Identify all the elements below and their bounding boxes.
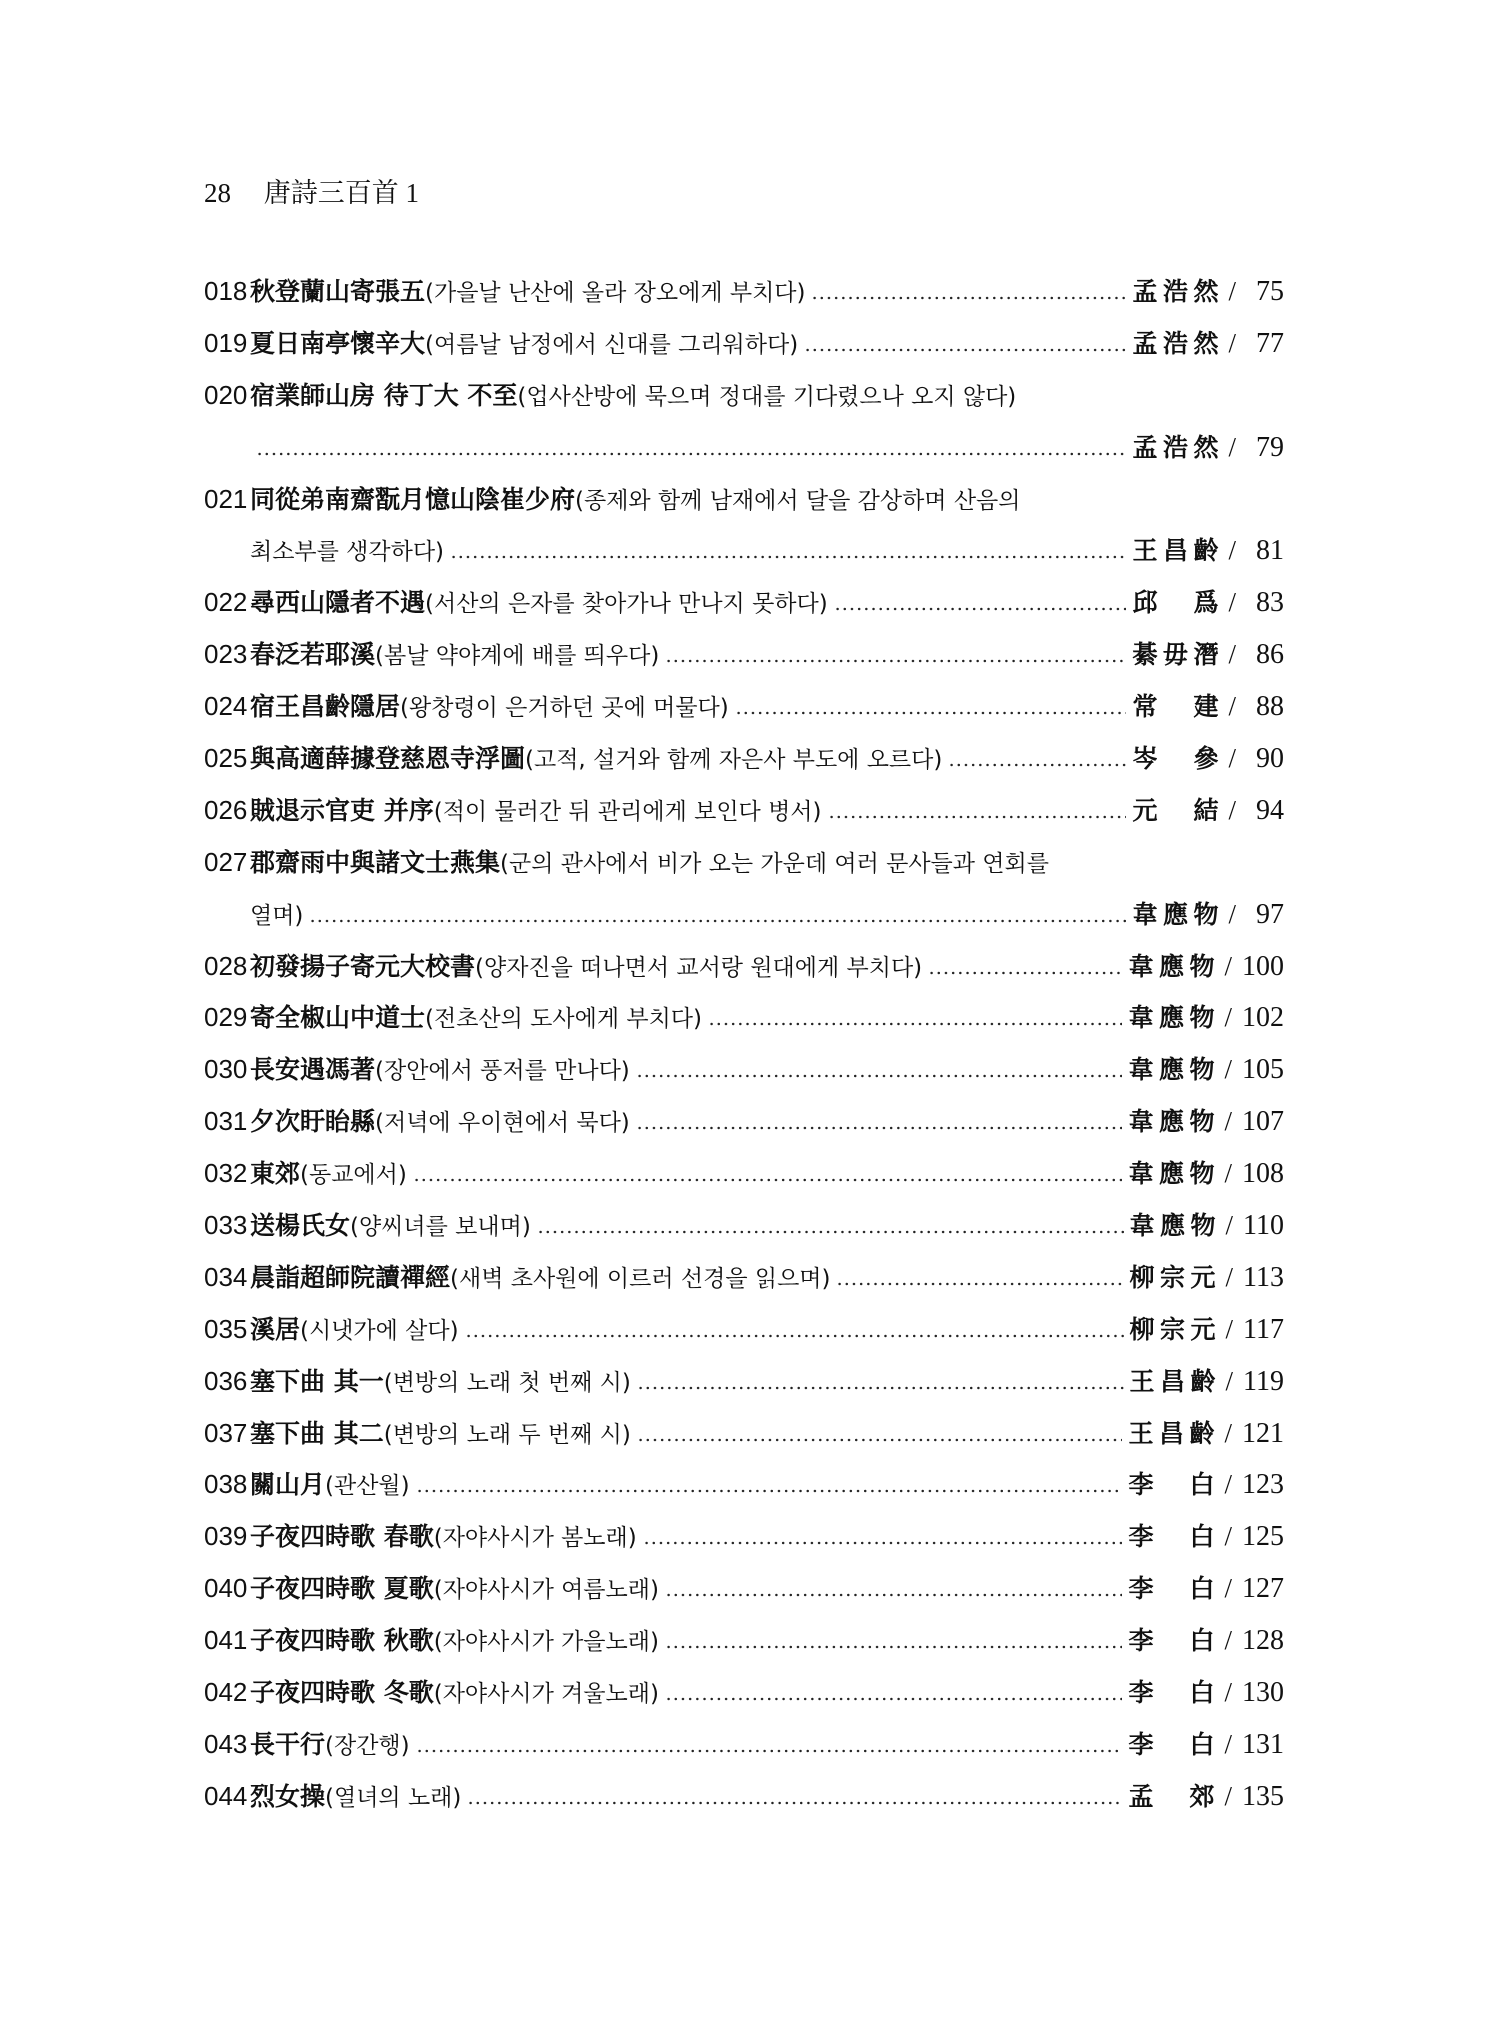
page-ref: 86 [1246, 632, 1284, 678]
poem-title: 子夜四時歌 冬歌(자야사시가 겨울노래) [250, 1670, 659, 1717]
toc-line: 031夕次盱眙縣(저녁에 우이현에서 묵다)韋應物/107 [204, 1098, 1284, 1150]
page-ref: 81 [1246, 528, 1284, 574]
title-continuation: 열며) [250, 892, 303, 939]
poem-title: 夏日南亭懷辛大(여름날 남정에서 신대를 그리워하다) [250, 321, 798, 368]
toc-line: 043長干行(장간행)李 白/131 [204, 1721, 1284, 1773]
page-ref: 125 [1242, 1514, 1284, 1560]
poem-title: 塞下曲 其二(변방의 노래 두 번째 시) [250, 1411, 631, 1458]
title-hanja: 宿王昌齡隱居 [250, 692, 400, 721]
entry-number: 018 [204, 268, 250, 314]
entry-number: 023 [204, 631, 250, 677]
poet-name: 韋應物 [1128, 1047, 1214, 1093]
separator: / [1228, 683, 1236, 729]
toc-entry[interactable]: 042子夜四時歌 冬歌(자야사시가 겨울노래)李 白/130 [204, 1669, 1284, 1721]
toc-line: 030長安遇馮著(장안에서 풍저를 만나다)韋應物/105 [204, 1046, 1284, 1098]
dot-leader [413, 1175, 1123, 1185]
poem-title: 春泛若耶溪(봄날 약야계에 배를 띄우다) [250, 632, 659, 679]
dot-leader [636, 1071, 1123, 1081]
toc-entry[interactable]: 031夕次盱眙縣(저녁에 우이현에서 묵다)韋應物/107 [204, 1098, 1284, 1150]
toc-entry[interactable]: 039子夜四時歌 春歌(자야사시가 봄노래)李 白/125 [204, 1513, 1284, 1565]
page-ref: 127 [1242, 1566, 1284, 1612]
poem-title: 溪居(시냇가에 살다) [250, 1307, 459, 1354]
poet-name: 元 結 [1132, 788, 1218, 834]
dot-leader [465, 1331, 1124, 1341]
title-hanja: 宿業師山房 待丁大 不至 [250, 381, 517, 410]
title-hangul: (변방의 노래 첫 번째 시) [384, 1370, 631, 1396]
toc-entry[interactable]: 029寄全椒山中道士(전초산의 도사에게 부치다)韋應物/102 [204, 994, 1284, 1046]
toc-entry[interactable]: 020宿業師山房 待丁大 不至(업사산방에 묵으며 정대를 기다렸으나 오지 않… [204, 372, 1284, 476]
dot-leader [811, 293, 1126, 303]
poet-name: 李 白 [1128, 1566, 1214, 1612]
entry-number: 026 [204, 787, 250, 833]
title-hangul: (적이 물러간 뒤 관리에게 보인다 병서) [434, 799, 822, 825]
poem-title: 初發揚子寄元大校書(양자진을 떠나면서 교서랑 원대에게 부치다) [250, 944, 922, 991]
toc-line: 040子夜四時歌 夏歌(자야사시가 여름노래)李 白/127 [204, 1565, 1284, 1617]
entry-number: 039 [204, 1513, 250, 1559]
separator: / [1226, 1202, 1234, 1248]
toc-line: 021同從弟南齋翫月憶山陰崔少府(종제와 함께 남재에서 달을 감상하며 산음의 [204, 476, 1284, 528]
poem-title: 烈女操(열녀의 노래) [250, 1774, 461, 1821]
title-hangul-cont: 열며) [250, 903, 303, 929]
title-hangul: (장간행) [325, 1733, 410, 1759]
poet-name: 王昌齡 [1132, 528, 1218, 574]
separator: / [1228, 891, 1236, 937]
entry-number: 028 [204, 943, 250, 989]
title-hanja: 尋西山隱者不遇 [250, 588, 425, 617]
page-ref: 88 [1246, 684, 1284, 730]
poet-name: 韋應物 [1132, 892, 1218, 938]
page-ref: 131 [1242, 1722, 1284, 1768]
poet-name: 柳宗元 [1130, 1307, 1216, 1353]
separator: / [1224, 1669, 1232, 1715]
entry-number: 037 [204, 1410, 250, 1456]
toc-line: 022尋西山隱者不遇(서산의 은자를 찾아가나 만나지 못하다)邱 爲/83 [204, 579, 1284, 631]
entry-number: 029 [204, 994, 250, 1040]
toc-line: 孟浩然/79 [204, 424, 1284, 476]
toc-entry[interactable]: 022尋西山隱者不遇(서산의 은자를 찾아가나 만나지 못하다)邱 爲/83 [204, 579, 1284, 631]
poem-title: 秋登蘭山寄張五(가을날 난산에 올라 장오에게 부치다) [250, 269, 805, 316]
toc-entry[interactable]: 044烈女操(열녀의 노래)孟 郊/135 [204, 1773, 1284, 1825]
poet-name: 孟 郊 [1128, 1774, 1214, 1820]
title-hangul: (양자진을 떠나면서 교서랑 원대에게 부치다) [475, 955, 922, 981]
separator: / [1224, 1150, 1232, 1196]
title-hangul: (자야사시가 여름노래) [434, 1577, 659, 1603]
title-hanja: 送楊氏女 [250, 1211, 350, 1240]
entry-number: 031 [204, 1098, 250, 1144]
toc-entry[interactable]: 019夏日南亭懷辛大(여름날 남정에서 신대를 그리워하다)孟浩然/77 [204, 320, 1284, 372]
entry-number: 032 [204, 1150, 250, 1196]
toc-entry[interactable]: 043長干行(장간행)李 白/131 [204, 1721, 1284, 1773]
title-hanja: 夏日南亭懷辛大 [250, 329, 425, 358]
poet-name: 常 建 [1132, 684, 1218, 730]
dot-leader [836, 1279, 1123, 1289]
poet-name: 李 白 [1128, 1618, 1214, 1664]
page-ref: 90 [1246, 736, 1284, 782]
page-ref: 77 [1246, 321, 1284, 367]
entry-number: 021 [204, 476, 250, 522]
toc-entry[interactable]: 041子夜四時歌 秋歌(자야사시가 가을노래)李 白/128 [204, 1617, 1284, 1669]
poet-name: 綦毋潛 [1132, 632, 1218, 678]
toc-line: 024宿王昌齡隱居(왕창령이 은거하던 곳에 머물다)常 建/88 [204, 683, 1284, 735]
poet-name: 邱 爲 [1132, 580, 1218, 626]
toc-line: 029寄全椒山中道士(전초산의 도사에게 부치다)韋應物/102 [204, 994, 1284, 1046]
title-hangul: (군의 관사에서 비가 오는 가운데 여러 문사들과 연회를 [500, 851, 1049, 877]
title-hanja: 郡齋雨中與諸文士燕集 [250, 848, 500, 877]
separator: / [1224, 1513, 1232, 1559]
title-hangul: (양씨녀를 보내며) [350, 1214, 531, 1240]
poet-name: 韋應物 [1128, 995, 1214, 1041]
dot-leader [834, 604, 1127, 614]
toc-line: 027郡齋雨中與諸文士燕集(군의 관사에서 비가 오는 가운데 여러 문사들과 … [204, 839, 1284, 891]
toc-line: 최소부를 생각하다)王昌齡/81 [204, 527, 1284, 579]
separator: / [1224, 1721, 1232, 1767]
page-ref: 107 [1242, 1099, 1284, 1145]
page-ref: 79 [1246, 425, 1284, 471]
title-hanja: 關山月 [250, 1470, 325, 1499]
table-of-contents: 018秋登蘭山寄張五(가을날 난산에 올라 장오에게 부치다)孟浩然/75019… [204, 268, 1284, 1825]
running-head: 28 唐詩三百首 1 [204, 176, 419, 210]
toc-line: 035溪居(시냇가에 살다)柳宗元/117 [204, 1306, 1284, 1358]
title-hangul: (여름날 남정에서 신대를 그리워하다) [425, 332, 798, 358]
title-hanja: 塞下曲 其二 [250, 1419, 384, 1448]
poem-title: 與高適薛據登慈恩寺浮圖(고적, 설거와 함께 자은사 부도에 오르다) [250, 736, 942, 783]
dot-leader [948, 760, 1126, 770]
page-ref: 128 [1242, 1618, 1284, 1664]
separator: / [1224, 1046, 1232, 1092]
dot-leader [804, 345, 1126, 355]
title-hanja: 子夜四時歌 春歌 [250, 1522, 434, 1551]
title-hangul: (자야사시가 겨울노래) [434, 1681, 659, 1707]
entry-number: 030 [204, 1046, 250, 1092]
title-hangul: (고적, 설거와 함께 자은사 부도에 오르다) [525, 747, 942, 773]
poem-title: 尋西山隱者不遇(서산의 은자를 찾아가나 만나지 못하다) [250, 580, 828, 627]
title-hanja: 塞下曲 其一 [250, 1367, 384, 1396]
entry-number: 034 [204, 1254, 250, 1300]
poet-name: 李 白 [1128, 1514, 1214, 1560]
dot-leader [828, 812, 1127, 822]
title-hangul: (전초산의 도사에게 부치다) [425, 1006, 702, 1032]
title-hangul: (종제와 함께 남재에서 달을 감상하며 산음의 [575, 488, 1020, 514]
dot-leader [537, 1227, 1124, 1237]
dot-leader [665, 1590, 1123, 1600]
poem-title: 子夜四時歌 夏歌(자야사시가 여름노래) [250, 1566, 659, 1613]
poem-title: 子夜四時歌 春歌(자야사시가 봄노래) [250, 1514, 637, 1561]
separator: / [1228, 631, 1236, 677]
toc-line: 044烈女操(열녀의 노래)孟 郊/135 [204, 1773, 1284, 1825]
poet-name: 李 白 [1128, 1722, 1214, 1768]
entry-number: 033 [204, 1202, 250, 1248]
dot-leader [416, 1746, 1123, 1756]
title-hangul: (관산월) [325, 1473, 410, 1499]
toc-entry[interactable]: 024宿王昌齡隱居(왕창령이 은거하던 곳에 머물다)常 建/88 [204, 683, 1284, 735]
poet-name: 韋應物 [1130, 1203, 1216, 1249]
dot-leader [467, 1798, 1122, 1808]
title-hangul: (가을날 난산에 올라 장오에게 부치다) [425, 280, 805, 306]
separator: / [1224, 1617, 1232, 1663]
toc-entry[interactable]: 027郡齋雨中與諸文士燕集(군의 관사에서 비가 오는 가운데 여러 문사들과 … [204, 839, 1284, 943]
toc-entry[interactable]: 033送楊氏女(양씨녀를 보내며)韋應物/110 [204, 1202, 1284, 1254]
title-hangul: (자야사시가 봄노래) [434, 1525, 637, 1551]
poem-title: 寄全椒山中道士(전초산의 도사에게 부치다) [250, 995, 702, 1042]
title-hangul: (왕창령이 은거하던 곳에 머물다) [400, 695, 729, 721]
title-continuation: 최소부를 생각하다) [250, 528, 444, 575]
toc-line: 023春泛若耶溪(봄날 약야계에 배를 띄우다)綦毋潛/86 [204, 631, 1284, 683]
title-hanja: 東郊 [250, 1159, 300, 1188]
poet-name: 李 白 [1128, 1462, 1214, 1508]
poet-name: 王昌齡 [1128, 1411, 1214, 1457]
entry-number: 044 [204, 1773, 250, 1819]
separator: / [1226, 1358, 1234, 1404]
poem-title: 長安遇馮著(장안에서 풍저를 만나다) [250, 1047, 630, 1094]
toc-entry[interactable]: 028初發揚子寄元大校書(양자진을 떠나면서 교서랑 원대에게 부치다)韋應物/… [204, 943, 1284, 995]
poem-title: 東郊(동교에서) [250, 1151, 407, 1198]
dot-leader [665, 656, 1126, 666]
poem-title: 長干行(장간행) [250, 1722, 410, 1769]
page-ref: 135 [1242, 1774, 1284, 1820]
toc-entry[interactable]: 025與高適薛據登慈恩寺浮圖(고적, 설거와 함께 자은사 부도에 오르다)岑 … [204, 735, 1284, 787]
separator: / [1226, 1254, 1234, 1300]
dot-leader [708, 1019, 1123, 1029]
toc-line: 028初發揚子寄元大校書(양자진을 떠나면서 교서랑 원대에게 부치다)韋應物/… [204, 943, 1284, 995]
poem-title: 同從弟南齋翫月憶山陰崔少府(종제와 함께 남재에서 달을 감상하며 산음의 [250, 477, 1020, 524]
poem-title: 子夜四時歌 秋歌(자야사시가 가을노래) [250, 1618, 659, 1665]
title-hangul: (서산의 은자를 찾아가나 만나지 못하다) [425, 591, 828, 617]
book-title: 唐詩三百首 1 [264, 178, 419, 208]
page-ref: 105 [1242, 1047, 1284, 1093]
poet-name: 孟浩然 [1132, 269, 1218, 315]
title-hanja: 初發揚子寄元大校書 [250, 952, 475, 981]
separator: / [1224, 1461, 1232, 1507]
entry-number: 036 [204, 1358, 250, 1404]
toc-entry[interactable]: 040子夜四時歌 夏歌(자야사시가 여름노래)李 白/127 [204, 1565, 1284, 1617]
toc-entry[interactable]: 032東郊(동교에서)韋應物/108 [204, 1150, 1284, 1202]
page-ref: 121 [1242, 1411, 1284, 1457]
toc-entry[interactable]: 021同從弟南齋翫月憶山陰崔少府(종제와 함께 남재에서 달을 감상하며 산음의… [204, 476, 1284, 580]
separator: / [1228, 320, 1236, 366]
entry-number: 022 [204, 579, 250, 625]
entry-number: 042 [204, 1669, 250, 1715]
toc-line: 038關山月(관산월)李 白/123 [204, 1461, 1284, 1513]
toc-line: 열며)韋應物/97 [204, 891, 1284, 943]
title-hanja: 與高適薛據登慈恩寺浮圖 [250, 744, 525, 773]
poem-title: 塞下曲 其一(변방의 노래 첫 번째 시) [250, 1359, 631, 1406]
toc-entry[interactable]: 023春泛若耶溪(봄날 약야계에 배를 띄우다)綦毋潛/86 [204, 631, 1284, 683]
entry-number: 040 [204, 1565, 250, 1611]
poet-name: 柳宗元 [1130, 1255, 1216, 1301]
page-ref: 102 [1242, 995, 1284, 1041]
title-hangul: (동교에서) [300, 1162, 407, 1188]
poet-name: 岑 參 [1132, 736, 1218, 782]
poet-name: 韋應物 [1128, 944, 1214, 990]
page-ref: 119 [1243, 1359, 1284, 1405]
separator: / [1224, 1565, 1232, 1611]
toc-line: 037塞下曲 其二(변방의 노래 두 번째 시)王昌齡/121 [204, 1410, 1284, 1462]
page-ref: 110 [1243, 1203, 1284, 1249]
toc-entry[interactable]: 036塞下曲 其一(변방의 노래 첫 번째 시)王昌齡/119 [204, 1358, 1284, 1410]
separator: / [1228, 787, 1236, 833]
toc-entry[interactable]: 018秋登蘭山寄張五(가을날 난산에 올라 장오에게 부치다)孟浩然/75 [204, 268, 1284, 320]
title-hanja: 長干行 [250, 1730, 325, 1759]
page-ref: 113 [1243, 1255, 1284, 1301]
toc-line: 034晨詣超師院讀禪經(새벽 초사원에 이르러 선경을 읽으며)柳宗元/113 [204, 1254, 1284, 1306]
toc-entry[interactable]: 037塞下曲 其二(변방의 노래 두 번째 시)王昌齡/121 [204, 1410, 1284, 1462]
entry-number: 024 [204, 683, 250, 729]
separator: / [1224, 994, 1232, 1040]
entry-number: 019 [204, 320, 250, 366]
title-hangul: (봄날 약야계에 배를 띄우다) [375, 643, 659, 669]
toc-line: 039子夜四時歌 春歌(자야사시가 봄노래)李 白/125 [204, 1513, 1284, 1565]
separator: / [1224, 943, 1232, 989]
poet-name: 韋應物 [1128, 1151, 1214, 1197]
title-hangul: (업사산방에 묵으며 정대를 기다렸으나 오지 않다) [517, 384, 1016, 410]
title-hanja: 寄全椒山中道士 [250, 1003, 425, 1032]
title-hanja: 長安遇馮著 [250, 1055, 375, 1084]
page-ref: 117 [1243, 1307, 1284, 1353]
title-hangul-cont: 최소부를 생각하다) [250, 539, 444, 565]
toc-entry[interactable]: 038關山月(관산월)李 白/123 [204, 1461, 1284, 1513]
page-number: 28 [204, 178, 231, 208]
toc-entry[interactable]: 034晨詣超師院讀禪經(새벽 초사원에 이르러 선경을 읽으며)柳宗元/113 [204, 1254, 1284, 1306]
entry-number: 035 [204, 1306, 250, 1352]
dot-leader [309, 916, 1126, 926]
page-ref: 97 [1246, 892, 1284, 938]
title-hangul: (열녀의 노래) [325, 1785, 461, 1811]
dot-leader [416, 1486, 1123, 1496]
toc-line: 041子夜四時歌 秋歌(자야사시가 가을노래)李 白/128 [204, 1617, 1284, 1669]
title-hangul: (새벽 초사원에 이르러 선경을 읽으며) [450, 1266, 830, 1292]
entry-number: 041 [204, 1617, 250, 1663]
poet-name: 孟浩然 [1132, 321, 1218, 367]
separator: / [1226, 1306, 1234, 1352]
entry-number: 027 [204, 839, 250, 885]
title-hangul: (자야사시가 가을노래) [434, 1629, 659, 1655]
title-hangul: (시냇가에 살다) [300, 1318, 459, 1344]
toc-line: 018秋登蘭山寄張五(가을날 난산에 올라 장오에게 부치다)孟浩然/75 [204, 268, 1284, 320]
page-ref: 94 [1246, 788, 1284, 834]
entry-number: 038 [204, 1461, 250, 1507]
separator: / [1224, 1098, 1232, 1144]
dot-leader [636, 1123, 1123, 1133]
title-hanja: 夕次盱眙縣 [250, 1107, 375, 1136]
title-hanja: 晨詣超師院讀禪經 [250, 1263, 450, 1292]
poem-title: 賊退示官吏 并序(적이 물러간 뒤 관리에게 보인다 병서) [250, 788, 822, 835]
title-hangul: (변방의 노래 두 번째 시) [384, 1422, 631, 1448]
dot-leader [665, 1642, 1123, 1652]
toc-line: 033送楊氏女(양씨녀를 보내며)韋應物/110 [204, 1202, 1284, 1254]
dot-leader [665, 1694, 1123, 1704]
toc-line: 036塞下曲 其一(변방의 노래 첫 번째 시)王昌齡/119 [204, 1358, 1284, 1410]
title-hanja: 子夜四時歌 夏歌 [250, 1574, 434, 1603]
dot-leader [928, 968, 1122, 978]
poet-name: 王昌齡 [1130, 1359, 1216, 1405]
title-hanja: 子夜四時歌 秋歌 [250, 1626, 434, 1655]
toc-line: 020宿業師山房 待丁大 不至(업사산방에 묵으며 정대를 기다렸으나 오지 않… [204, 372, 1284, 424]
page-ref: 123 [1242, 1462, 1284, 1508]
toc-entry[interactable]: 030長安遇馮著(장안에서 풍저를 만나다)韋應物/105 [204, 1046, 1284, 1098]
page-ref: 83 [1246, 580, 1284, 626]
separator: / [1224, 1773, 1232, 1819]
dot-leader [637, 1435, 1123, 1445]
poet-name: 孟浩然 [1132, 425, 1218, 471]
title-hanja: 烈女操 [250, 1782, 325, 1811]
separator: / [1228, 527, 1236, 573]
page-ref: 108 [1242, 1151, 1284, 1197]
poem-title: 郡齋雨中與諸文士燕集(군의 관사에서 비가 오는 가운데 여러 문사들과 연회를 [250, 840, 1049, 887]
separator: / [1224, 1410, 1232, 1456]
entry-number: 043 [204, 1721, 250, 1767]
dot-leader [643, 1538, 1123, 1548]
separator: / [1228, 268, 1236, 314]
toc-entry[interactable]: 026賊退示官吏 并序(적이 물러간 뒤 관리에게 보인다 병서)元 結/94 [204, 787, 1284, 839]
title-hanja: 同從弟南齋翫月憶山陰崔少府 [250, 485, 575, 514]
separator: / [1228, 424, 1236, 470]
title-hangul: (장안에서 풍저를 만나다) [375, 1058, 630, 1084]
poem-title: 晨詣超師院讀禪經(새벽 초사원에 이르러 선경을 읽으며) [250, 1255, 830, 1302]
page-ref: 130 [1242, 1670, 1284, 1716]
toc-line: 032東郊(동교에서)韋應物/108 [204, 1150, 1284, 1202]
toc-line: 026賊退示官吏 并序(적이 물러간 뒤 관리에게 보인다 병서)元 結/94 [204, 787, 1284, 839]
title-hangul: (저녁에 우이현에서 묵다) [375, 1110, 630, 1136]
toc-line: 019夏日南亭懷辛大(여름날 남정에서 신대를 그리워하다)孟浩然/77 [204, 320, 1284, 372]
title-hanja: 子夜四時歌 冬歌 [250, 1678, 434, 1707]
dot-leader [637, 1383, 1124, 1393]
entry-number: 025 [204, 735, 250, 781]
toc-line: 025與高適薛據登慈恩寺浮圖(고적, 설거와 함께 자은사 부도에 오르다)岑 … [204, 735, 1284, 787]
page-ref: 100 [1242, 944, 1284, 990]
poem-title: 關山月(관산월) [250, 1462, 410, 1509]
toc-entry[interactable]: 035溪居(시냇가에 살다)柳宗元/117 [204, 1306, 1284, 1358]
toc-line: 042子夜四時歌 冬歌(자야사시가 겨울노래)李 白/130 [204, 1669, 1284, 1721]
title-hanja: 溪居 [250, 1315, 300, 1344]
poem-title: 宿王昌齡隱居(왕창령이 은거하던 곳에 머물다) [250, 684, 729, 731]
separator: / [1228, 735, 1236, 781]
poem-title: 送楊氏女(양씨녀를 보내며) [250, 1203, 531, 1250]
dot-leader [735, 708, 1127, 718]
poet-name: 李 白 [1128, 1670, 1214, 1716]
poem-title: 夕次盱眙縣(저녁에 우이현에서 묵다) [250, 1099, 630, 1146]
dot-leader [450, 552, 1126, 562]
dot-leader [256, 449, 1126, 459]
title-hanja: 賊退示官吏 并序 [250, 796, 434, 825]
entry-number: 020 [204, 372, 250, 418]
title-hanja: 秋登蘭山寄張五 [250, 277, 425, 306]
poet-name: 韋應物 [1128, 1099, 1214, 1145]
poem-title: 宿業師山房 待丁大 不至(업사산방에 묵으며 정대를 기다렸으나 오지 않다) [250, 373, 1016, 420]
page-ref: 75 [1246, 269, 1284, 315]
title-hanja: 春泛若耶溪 [250, 640, 375, 669]
separator: / [1228, 579, 1236, 625]
